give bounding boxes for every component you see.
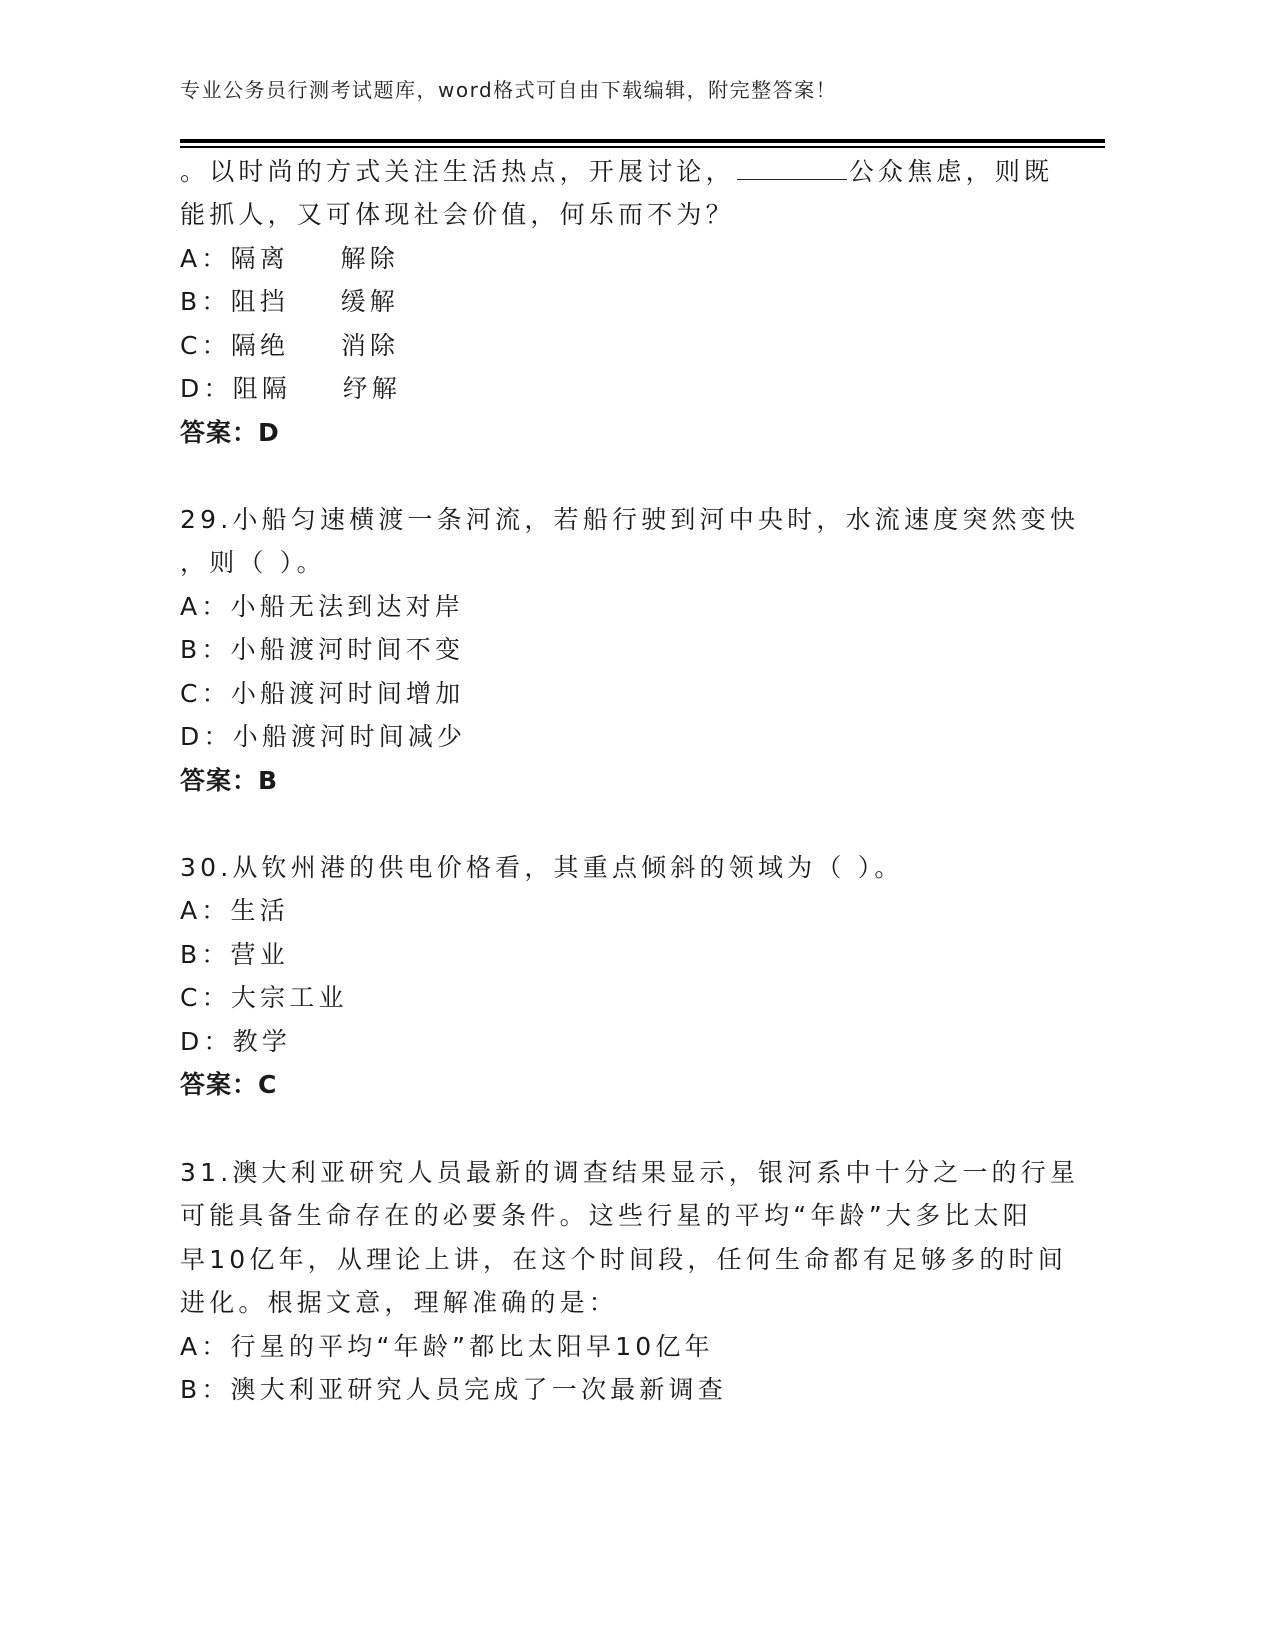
q31-option-a: A：行星的平均“年龄”都比太阳早10亿年 (180, 1332, 714, 1362)
q29-option-d: D：小船渡河时间减少 (180, 722, 466, 752)
q31-stem-line-3: 早10亿年，从理论上讲，在这个时间段，任何生命都有足够多的时间 (180, 1245, 1067, 1275)
q30-option-d: D：教学 (180, 1027, 291, 1057)
option-word-1: 阻挡 (231, 287, 341, 317)
q29-answer: 答案：B (180, 766, 278, 796)
option-word-2: 缓解 (341, 287, 399, 316)
q30-option-c: C：大宗工业 (180, 983, 348, 1013)
q28-option-d: D：阻隔纾解 (180, 374, 401, 404)
q29-stem-line-2: ，则（ ）。 (180, 548, 326, 578)
q28-option-a: A：隔离解除 (180, 244, 399, 274)
q29-option-a: A：小船无法到达对岸 (180, 592, 464, 622)
header-rule-thick (180, 139, 1105, 143)
q28-option-b: B：阻挡缓解 (180, 287, 399, 317)
q28-option-c: C：隔绝消除 (180, 331, 399, 361)
option-label: A： (180, 244, 231, 273)
option-word-1: 阻隔 (233, 374, 343, 404)
q30-stem-line-1: 30.从钦州港的供电价格看，其重点倾斜的领域为（ ）。 (180, 853, 904, 883)
q28-stem-line-2: 能抓人，又可体现社会价值，何乐而不为？ (180, 200, 735, 230)
page-header: 专业公务员行测考试题库，word格式可自由下载编辑，附完整答案！ (180, 74, 837, 103)
option-word-1: 隔离 (231, 244, 341, 274)
q31-option-b: B：澳大利亚研究人员完成了一次最新调查 (180, 1375, 727, 1405)
option-label: B： (180, 287, 231, 316)
option-word-1: 隔绝 (231, 331, 341, 361)
q31-stem-line-4: 进化。根据文意，理解准确的是： (180, 1288, 618, 1318)
q28-stem-line-1: 。以时尚的方式关注生活热点，开展讨论，公众焦虑，则既 (180, 157, 1053, 187)
q29-option-c: C：小船渡河时间增加 (180, 679, 464, 709)
q31-stem-line-2: 可能具备生命存在的必要条件。这些行星的平均“年龄”大多比太阳 (180, 1201, 1032, 1231)
q31-stem-line-1: 31.澳大利亚研究人员最新的调查结果显示，银河系中十分之一的行星 (180, 1158, 1079, 1188)
option-word-2: 消除 (341, 331, 399, 360)
option-label: C： (180, 331, 231, 360)
q30-answer: 答案：C (180, 1070, 277, 1100)
q28-stem-before-blank: 。以时尚的方式关注生活热点，开展讨论， (180, 157, 735, 186)
document-page: 专业公务员行测考试题库，word格式可自由下载编辑，附完整答案！ 。以时尚的方式… (0, 0, 1275, 1650)
option-word-2: 纾解 (343, 374, 401, 403)
q30-option-b: B：营业 (180, 940, 289, 970)
option-word-2: 解除 (341, 244, 399, 273)
q29-stem-line-1: 29.小船匀速横渡一条河流，若船行驶到河中央时，水流速度突然变快 (180, 505, 1079, 535)
q28-fill-blank (737, 157, 847, 180)
q29-option-b: B：小船渡河时间不变 (180, 635, 464, 665)
header-rule-thin (180, 146, 1105, 148)
q30-option-a: A：生活 (180, 896, 289, 926)
q28-stem-after-blank: 公众焦虑，则既 (849, 157, 1053, 186)
q28-answer: 答案：D (180, 418, 280, 448)
option-label: D： (180, 374, 233, 403)
